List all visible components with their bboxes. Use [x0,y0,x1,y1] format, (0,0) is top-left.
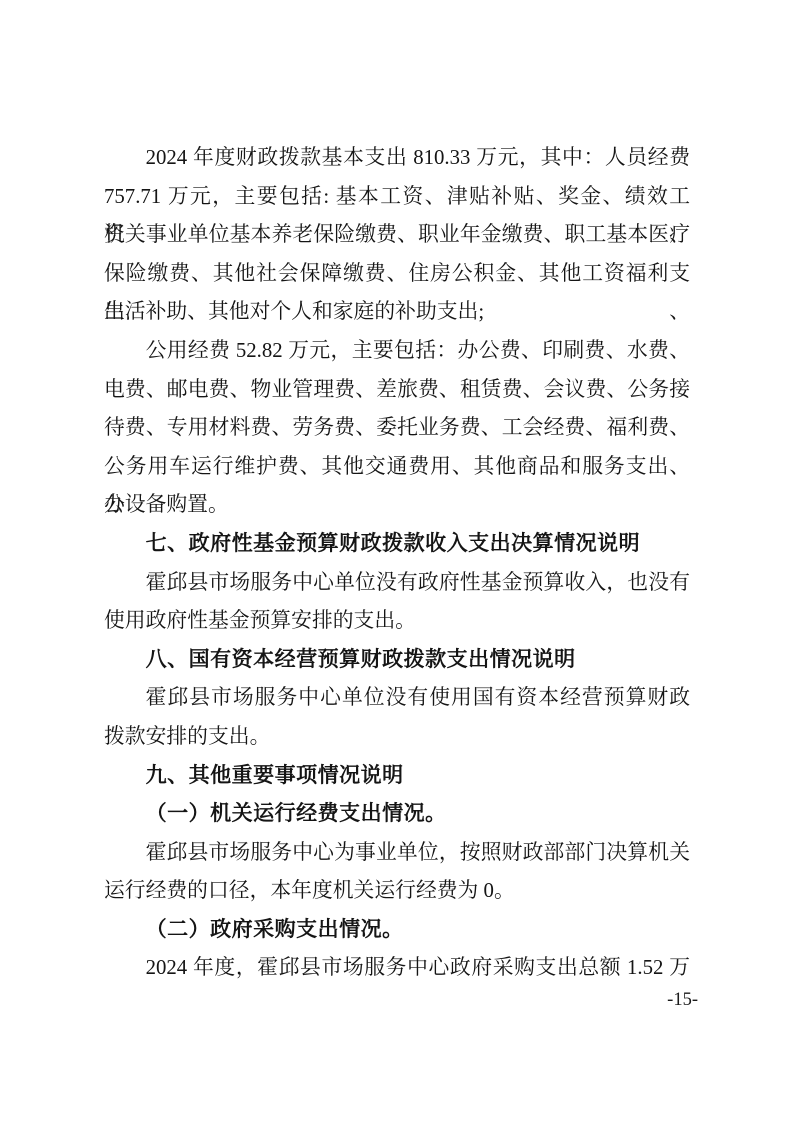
document-body: 2024 年度财政拨款基本支出 810.33 万元，其中：人员经费 757.71… [104,139,690,988]
text-line: 电费、邮电费、物业管理费、差旅费、租赁费、会议费、公务接 [104,371,690,410]
text-line: 公务用车运行维护费、其他交通费用、其他商品和服务支出、 办 [104,448,690,487]
section-heading: 九、其他重要事项情况说明 [104,757,690,796]
document-page: 2024 年度财政拨款基本支出 810.33 万元，其中：人员经费 757.71… [0,0,793,1122]
text-line: 霍邱县市场服务中心为事业单位，按照财政部部门决算机关 [104,834,690,873]
page-number: -15- [667,990,698,1011]
section-heading: 八、国有资本经营预算财政拨款支出情况说明 [104,641,690,680]
text-line: 2024 年度财政拨款基本支出 810.33 万元，其中：人员经费 [104,139,690,178]
text-line: 公用经费 52.82 万元，主要包括：办公费、印刷费、水费、 [104,332,690,371]
text-line: 待费、专用材料费、劳务费、委托业务费、工会经费、福利费、 [104,409,690,448]
subsection-heading: （二）政府采购支出情况。 [104,911,690,950]
text-line: 保险缴费、其他社会保障缴费、住房公积金、其他工资福利支出、 [104,255,690,294]
subsection-heading: （一）机关运行经费支出情况。 [104,795,690,834]
section-heading: 七、政府性基金预算财政拨款收入支出决算情况说明 [104,525,690,564]
text-line: 霍邱县市场服务中心单位没有政府性基金预算收入，也没有 [104,564,690,603]
text-line: 公设备购置。 [104,486,690,525]
text-line: 运行经费的口径，本年度机关运行经费为 0。 [104,872,690,911]
text-line: 使用政府性基金预算安排的支出。 [104,602,690,641]
text-line: 机关事业单位基本养老保险缴费、职业年金缴费、职工基本医疗 [104,216,690,255]
text-line: 2024 年度，霍邱县市场服务中心政府采购支出总额 1.52 万 [104,949,690,988]
text-line: 拨款安排的支出。 [104,718,690,757]
text-line: 757.71 万元，主要包括: 基本工资、津贴补贴、奖金、绩效工资、 [104,178,690,217]
text-line: 霍邱县市场服务中心单位没有使用国有资本经营预算财政 [104,679,690,718]
